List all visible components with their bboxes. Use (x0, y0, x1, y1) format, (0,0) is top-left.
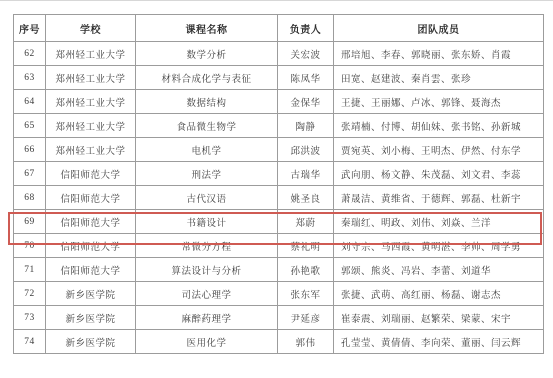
cell-course: 食品微生物学 (136, 114, 278, 138)
cell-leader: 郭伟 (278, 330, 334, 354)
cell-course: 数据结构 (136, 90, 278, 114)
cell-members: 田宽、赵建波、秦肖雲、张珍 (334, 66, 544, 90)
header-leader: 负责人 (278, 15, 334, 42)
cell-no: 64 (14, 90, 46, 114)
table-row: 72新乡医学院司法心理学张东军张捷、武萌、高红丽、杨磊、谢志杰 (14, 282, 544, 306)
cell-members: 刘守宗、马西霞、黄明湛、李帅、周学勇 (334, 234, 544, 258)
header-no: 序号 (14, 15, 46, 42)
cell-members: 萧晟洁、黄维省、于德辉、郭磊、杜新宇 (334, 186, 544, 210)
cell-no: 72 (14, 282, 46, 306)
cell-school: 郑州轻工业大学 (46, 138, 136, 162)
cell-course: 麻醉药理学 (136, 306, 278, 330)
cell-members: 孔莹莹、黄倩倩、李向荣、董丽、闫云辉 (334, 330, 544, 354)
cell-course: 刑法学 (136, 162, 278, 186)
cell-school: 新乡医学院 (46, 306, 136, 330)
cell-no: 68 (14, 186, 46, 210)
cell-members: 张靖楠、付博、胡仙妹、张书铭、孙新城 (334, 114, 544, 138)
cell-leader: 关宏波 (278, 42, 334, 66)
cell-members: 武向朋、杨文静、朱茂磊、刘文君、李蕊 (334, 162, 544, 186)
cell-school: 郑州轻工业大学 (46, 42, 136, 66)
table-row: 67信阳师范大学刑法学古瑞华武向朋、杨文静、朱茂磊、刘文君、李蕊 (14, 162, 544, 186)
cell-members: 贾宛英、刘小梅、王明杰、伊然、付东学 (334, 138, 544, 162)
cell-no: 66 (14, 138, 46, 162)
cell-school: 郑州轻工业大学 (46, 114, 136, 138)
table-row: 64郑州轻工业大学数据结构金保华王捷、王丽娜、卢冰、郭锋、聂海杰 (14, 90, 544, 114)
table-row: 74新乡医学院医用化学郭伟孔莹莹、黄倩倩、李向荣、董丽、闫云辉 (14, 330, 544, 354)
cell-leader: 蔡礼明 (278, 234, 334, 258)
cell-leader: 古瑞华 (278, 162, 334, 186)
window-top-edge (0, 0, 553, 1)
document-page: { "accent": { "highlight_border_color": … (0, 0, 553, 378)
cell-members: 张捷、武萌、高红丽、杨磊、谢志杰 (334, 282, 544, 306)
cell-no: 69 (14, 210, 46, 234)
cell-leader: 郑蔚 (278, 210, 334, 234)
cell-members: 邢培旭、李春、郭晓丽、张东娇、肖霞 (334, 42, 544, 66)
cell-leader: 孙艳歌 (278, 258, 334, 282)
cell-school: 郑州轻工业大学 (46, 66, 136, 90)
cell-course: 电机学 (136, 138, 278, 162)
cell-course: 古代汉语 (136, 186, 278, 210)
cell-members: 郭颂、熊炎、冯岩、李蕾、刘道华 (334, 258, 544, 282)
table-row: 73新乡医学院麻醉药理学尹延彦崔泰震、刘瑞丽、赵繁荣、梁蒙、宋宇 (14, 306, 544, 330)
cell-no: 63 (14, 66, 46, 90)
cell-course: 医用化学 (136, 330, 278, 354)
cell-school: 信阳师范大学 (46, 186, 136, 210)
cell-no: 67 (14, 162, 46, 186)
table-row: 66郑州轻工业大学电机学邱洪波贾宛英、刘小梅、王明杰、伊然、付东学 (14, 138, 544, 162)
cell-leader: 尹延彦 (278, 306, 334, 330)
cell-course: 司法心理学 (136, 282, 278, 306)
cell-school: 信阳师范大学 (46, 234, 136, 258)
cell-no: 65 (14, 114, 46, 138)
cell-school: 信阳师范大学 (46, 210, 136, 234)
cell-leader: 金保华 (278, 90, 334, 114)
table-row: 68信阳师范大学古代汉语姚圣良萧晟洁、黄维省、于德辉、郭磊、杜新宇 (14, 186, 544, 210)
cell-leader: 陈凤华 (278, 66, 334, 90)
table-row: 69信阳师范大学书籍设计郑蔚秦瑞红、明政、刘伟、刘焱、兰洋 (14, 210, 544, 234)
cell-school: 新乡医学院 (46, 282, 136, 306)
table-body: 62郑州轻工业大学数学分析关宏波邢培旭、李春、郭晓丽、张东娇、肖霞63郑州轻工业… (14, 42, 544, 354)
cell-no: 62 (14, 42, 46, 66)
table-row: 70信阳师范大学常微分方程蔡礼明刘守宗、马西霞、黄明湛、李帅、周学勇 (14, 234, 544, 258)
table-row: 63郑州轻工业大学材料合成化学与表征陈凤华田宽、赵建波、秦肖雲、张珍 (14, 66, 544, 90)
cell-school: 郑州轻工业大学 (46, 90, 136, 114)
cell-leader: 邱洪波 (278, 138, 334, 162)
cell-school: 信阳师范大学 (46, 258, 136, 282)
table-row: 62郑州轻工业大学数学分析关宏波邢培旭、李春、郭晓丽、张东娇、肖霞 (14, 42, 544, 66)
table-row: 71信阳师范大学算法设计与分析孙艳歌郭颂、熊炎、冯岩、李蕾、刘道华 (14, 258, 544, 282)
cell-course: 数学分析 (136, 42, 278, 66)
table-header: 序号 学校 课程名称 负责人 团队成员 (14, 15, 544, 42)
cell-members: 王捷、王丽娜、卢冰、郭锋、聂海杰 (334, 90, 544, 114)
cell-course: 书籍设计 (136, 210, 278, 234)
table-row: 65郑州轻工业大学食品微生物学陶静张靖楠、付博、胡仙妹、张书铭、孙新城 (14, 114, 544, 138)
cell-course: 常微分方程 (136, 234, 278, 258)
course-assignment-table: 序号 学校 课程名称 负责人 团队成员 62郑州轻工业大学数学分析关宏波邢培旭、… (13, 14, 544, 354)
cell-school: 信阳师范大学 (46, 162, 136, 186)
header-members: 团队成员 (334, 15, 544, 42)
cell-members: 崔泰震、刘瑞丽、赵繁荣、梁蒙、宋宇 (334, 306, 544, 330)
cell-no: 71 (14, 258, 46, 282)
cell-leader: 姚圣良 (278, 186, 334, 210)
cell-leader: 陶静 (278, 114, 334, 138)
cell-no: 70 (14, 234, 46, 258)
header-course: 课程名称 (136, 15, 278, 42)
cell-course: 材料合成化学与表征 (136, 66, 278, 90)
header-row: 序号 学校 课程名称 负责人 团队成员 (14, 15, 544, 42)
cell-school: 新乡医学院 (46, 330, 136, 354)
header-school: 学校 (46, 15, 136, 42)
cell-course: 算法设计与分析 (136, 258, 278, 282)
cell-no: 74 (14, 330, 46, 354)
cell-leader: 张东军 (278, 282, 334, 306)
cell-members: 秦瑞红、明政、刘伟、刘焱、兰洋 (334, 210, 544, 234)
cell-no: 73 (14, 306, 46, 330)
